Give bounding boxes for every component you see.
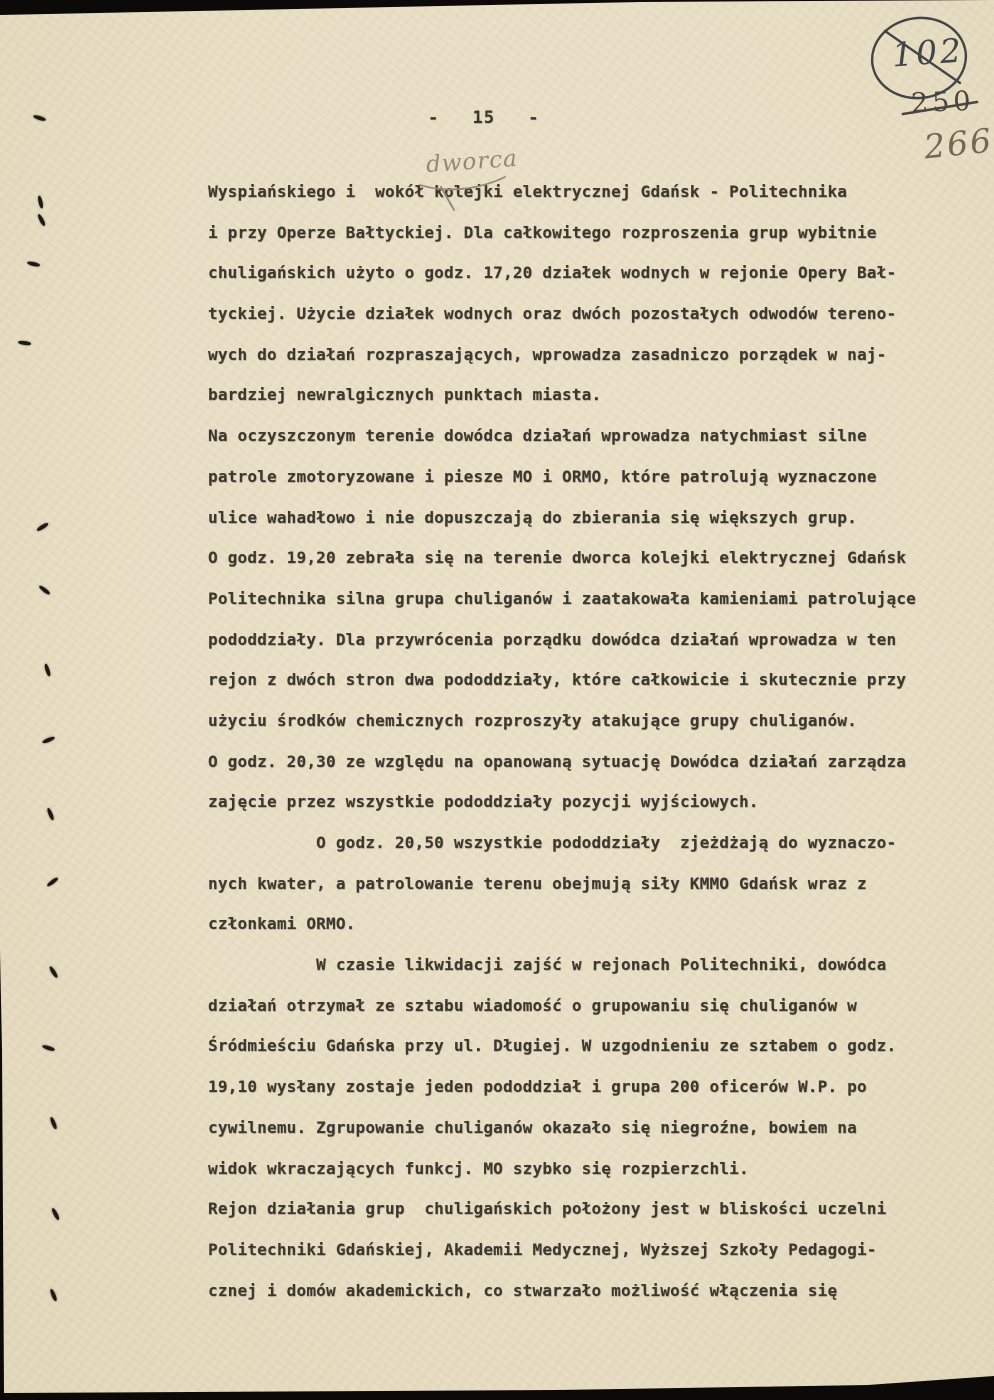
binding-mark [37, 195, 43, 208]
text-line: Śródmieściu Gdańska przy ul. Długiej. W … [208, 1026, 968, 1067]
text-line: działań otrzymał ze sztabu wiadomość o g… [208, 986, 968, 1027]
text-line: pododdziały. Dla przywrócenia porządku d… [208, 620, 968, 661]
text-line: 19,10 wysłany zostaje jeden pododdział i… [208, 1067, 968, 1108]
binding-mark [49, 965, 59, 978]
text-line: zajęcie przez wszystkie pododdziały pozy… [208, 782, 968, 823]
text-line: Na oczyszczonym terenie dowódca działań … [208, 416, 968, 457]
binding-mark [38, 584, 51, 595]
text-line: Politechnika silna grupa chuliganów i za… [208, 579, 968, 620]
text-line: Rejon działania grup chuligańskich położ… [208, 1189, 968, 1230]
binding-mark [18, 340, 31, 346]
text-line: nych kwater, a patrolowanie terenu obejm… [208, 864, 968, 905]
text-line: O godz. 20,50 wszystkie pododdziały zjeż… [208, 823, 968, 864]
binding-mark [51, 1207, 60, 1220]
binding-mark [36, 522, 49, 532]
text-line: tyckiej. Użycie działek wodnych oraz dwó… [208, 294, 968, 335]
binding-mark [42, 1044, 56, 1052]
text-line: bardziej newralgicznych punktach miasta. [208, 375, 968, 416]
text-line: patrole zmotoryzowane i piesze MO i ORMO… [208, 457, 968, 498]
text-line: Politechniki Gdańskiej, Akademii Medyczn… [208, 1230, 968, 1271]
scanned-document: - 15 - dworca 102 250 266 Wyspiańskiego … [0, 0, 994, 1400]
text-line: O godz. 19,20 zebrała się na terenie dwo… [208, 538, 968, 579]
text-line: użyciu środków chemicznych rozproszyły a… [208, 701, 968, 742]
text-line: W czasie likwidacji zajść w rejonach Pol… [208, 945, 968, 986]
text-line: widok wkraczających funkcj. MO szybko si… [208, 1149, 968, 1190]
text-line: rejon z dwóch stron dwa pododdziały, któ… [208, 660, 968, 701]
binding-mark [37, 213, 46, 226]
text-line: chuligańskich użyto o godz. 17,20 działe… [208, 253, 968, 294]
text-line: i przy Operze Bałtyckiej. Dla całkowiteg… [208, 213, 968, 254]
handwritten-crossed-out-number: 250 [910, 86, 975, 119]
binding-mark [46, 877, 59, 888]
text-line: członkami ORMO. [208, 904, 968, 945]
binding-mark [42, 736, 56, 744]
binding-mark [49, 1116, 57, 1130]
binding-mark [33, 114, 47, 122]
text-line: Wyspiańskiego i wokół kolejki elektryczn… [208, 172, 968, 213]
text-line: ulice wahadłowo i nie dopuszczają do zbi… [208, 498, 968, 539]
page-number: - 15 - [428, 108, 539, 128]
handwritten-replacement-number: 266 [922, 121, 994, 167]
handwritten-circled-number: 102 [891, 31, 966, 75]
text-line: wych do działań rozpraszających, wprowad… [208, 335, 968, 376]
binding-mark [27, 260, 41, 267]
paper-sheet: - 15 - dworca 102 250 266 Wyspiańskiego … [0, 0, 994, 1400]
binding-mark [44, 663, 51, 677]
binding-mark [46, 807, 54, 821]
text-line: cznej i domów akademickich, co stwarzało… [208, 1271, 968, 1312]
text-line: cywilnemu. Zgrupowanie chuliganów okazał… [208, 1108, 968, 1149]
text-line: O godz. 20,30 ze względu na opanowaną sy… [208, 742, 968, 783]
typewritten-body-text: Wyspiańskiego i wokół kolejki elektryczn… [208, 172, 968, 1311]
binding-mark [49, 1288, 57, 1302]
